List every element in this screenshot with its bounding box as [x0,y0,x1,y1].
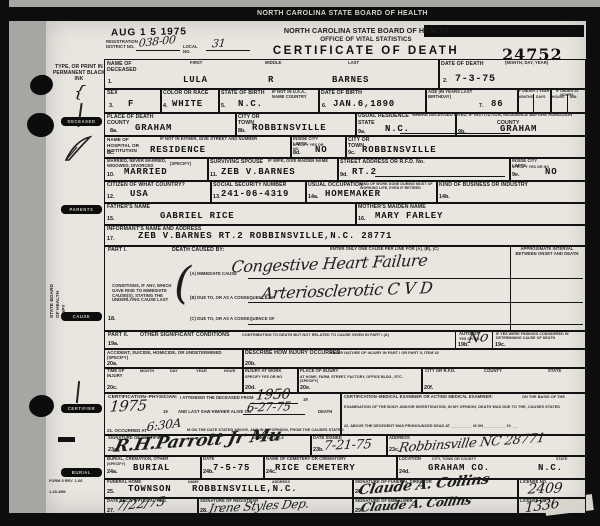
under-1yr-days: DAYS [536,96,545,100]
local-no-value: 31 [211,37,226,50]
item-number: 16. [358,216,366,222]
institution-sub: IF NOT IN EITHER, GIVE STREET AND NUMBER [160,137,280,142]
item-number: 28. [200,508,208,514]
item-number: 8b. [238,128,246,134]
describe-sub: ENTER NATURE OF INJURY IN PART I OR PART… [330,351,439,355]
index-tab-deceased: DECEASED [61,117,102,126]
date-signed-value: 7-21-75 [323,437,372,454]
residence-section-label: USUAL RESIDENCE [358,113,409,119]
col-month: MONTH [140,369,154,373]
occupation-label: USUAL OCCUPATION [308,182,363,188]
dob-label: DATE OF BIRTH [321,90,362,96]
copy-designation: STATE BOARD OF HEALTH COPY [50,240,67,318]
death-certificate-scan: NORTH CAROLINA STATE BOARD OF HEALTH { T… [0,0,600,526]
col-first: FIRST [190,61,202,66]
occupation-value: HOMEMAKER [325,189,381,199]
injury-city-label: CITY OR R.F.D. [425,369,455,374]
injury-county-label: COUNTY [484,369,502,374]
divider [533,94,534,112]
item-number: 17. [107,236,115,242]
item-number: 8a. [110,128,118,134]
under-1yr-months: MONTHS [518,96,533,100]
time-of-injury-label: TIME OF INJURY [107,369,133,379]
item-number: 23b. [313,447,324,453]
dod-value: 7-3-75 [455,74,496,85]
cause-c-label: (c) DUE TO, OR AS A CONSEQUENCE OF [190,317,275,322]
street-label: STREET ADDRESS OR R.F.D. No. [340,159,425,165]
burial-type-sub: (SPECIFY) [107,462,125,466]
spouse-value: ZEB V.BARNES [221,167,295,177]
institution-value: RESIDENCE [150,145,206,155]
spouse-label: SURVIVING SPOUSE [210,159,263,165]
rule [248,324,583,325]
cemetery-label: NAME OF CEMETERY OR CREMATORY [266,457,346,462]
death-word: DEATH [318,410,332,415]
item-number: 4. [163,103,168,109]
mother-value: MARY FARLEY [375,211,443,221]
rule [248,302,583,303]
local-no-label: LOCAL NO. [183,45,205,55]
funeral-home-address-value: ROBBINSVILLE,N.C. [192,484,297,494]
attended-text: I ATTENDED THE DECEASED FROM [180,396,254,401]
item-number: 20c. [107,385,118,391]
yr-19: 19 [303,398,308,403]
item-number: 7. [479,103,484,109]
item-number: 27. [107,508,115,514]
item-number: 9b. [458,129,466,135]
blank: __________ [451,424,472,428]
age-label: AGE (IN YEARS LAST BIRTHDAY) [428,90,476,100]
item-number: 9a. [358,129,366,135]
brace: ( [174,258,191,309]
examiner-cert-title: CERTIFICATION–MEDICAL EXAMINER OR ACTING… [344,395,493,400]
m-on-text: M ON [473,424,483,428]
copy-line: OF HEALTH [56,240,61,318]
item-number: 14b. [439,194,450,200]
occurred-text: 21. OCCURRED AT [107,428,147,433]
item-number: 8d. [293,150,301,156]
copy-line: STATE BOARD [50,240,55,318]
item-number: 14a. [308,194,319,200]
item-number: 5. [221,103,226,109]
item-number: 11. [210,172,217,178]
registration-district-label: REGISTRATION DISTRICT NO. [106,40,140,50]
sex-value: F [128,99,134,109]
document-title: CERTIFICATE OF DEATH [250,45,482,57]
item-number: 6. [322,103,327,109]
street-value: RT.2 [352,167,377,177]
part2-label: PART II. [108,332,128,338]
burial-location-label: LOCATION [399,457,421,462]
mother-label: MOTHER'S MAIDEN NAME [358,204,426,210]
burial-location-city-sub: CITY, TOWN OR COUNTY [432,457,476,461]
citizen-label: CITIZEN OF WHAT COUNTRY? [107,182,185,188]
conditions-note: CONDITIONS, IF ANY, WHICH GAVE RISE TO I… [112,284,172,303]
yr-19: 19 [163,410,168,415]
cemetery-value: RICE CEMETERY [275,463,356,473]
describe-label: DESCRIBE HOW INJURY OCCURRED [245,350,340,356]
dod-label: DATE OF DEATH [441,61,484,67]
father-label: FATHER'S NAME [107,204,150,210]
injury-state-label: STATE [548,369,561,374]
name-label: NAME OF DECEASED [107,61,141,73]
form-print-run: 1-45-45M [49,490,89,494]
sob-sub: IF NOT IN U.S.A., NAME COUNTRY [272,90,314,100]
item-number: 12. [107,194,115,200]
name-last-value: BARNES [332,75,369,85]
interval-column-divider [510,245,511,330]
item-number: 20e. [300,385,311,391]
rule [243,414,305,415]
underline [136,50,180,51]
residence-city-value: ROBBINSVILLE [362,145,436,155]
item-number: 15. [107,216,115,222]
caused-by-label: DEATH CAUSED BY: [172,247,224,253]
sob-label: STATE OF BIRTH [221,90,265,96]
marital-value: MARRIED [124,167,167,177]
scan-left-edge [0,0,9,513]
residence-section-sub: WHERE DECEASED LIVED. IF INSTITUTION, RE… [412,113,582,118]
father-value: GABRIEL RICE [160,211,234,221]
residence-county-value: GRAHAM [500,124,537,134]
examiner-basis-text: ON THE BASIS OF THE [522,395,565,399]
margin-instruction: TYPE, OR PRINT IN PERMANENT BLACK INK [50,64,108,82]
item-number: 20d. [245,385,256,391]
col-last: LAST [348,61,359,66]
divider [492,330,493,348]
part1-label: PART I. [108,247,127,253]
item-number: 24d. [399,469,410,475]
yr-19: 19 [506,424,510,428]
item-number: 19a. [108,341,119,347]
item-number: 20b. [245,361,256,367]
autopsy-value: No [467,329,490,347]
attended-to-value: 1975 [109,396,148,415]
pod-city-value: ROBBINSVILLE [252,123,326,133]
index-tab-burial: BURIAL [61,468,102,477]
informant-value: ZEB V.BARNES RT.2 ROBBINSVILLE,N.C. 2877… [138,231,392,241]
item-number: 13. [213,194,221,200]
blank: ___ [512,424,518,428]
findings-label: IF YES WERE FINDINGS CONSIDERED IN DETER… [496,332,582,340]
item-number: 1. [108,79,113,85]
item-number: 24a. [107,469,118,475]
col-year: YEAR [196,369,207,373]
item-number: 20a. [107,361,118,367]
under-24hr-min: MIN. [570,96,577,100]
copy-line: COPY [62,240,67,318]
residence-state-label: STATE [358,120,375,126]
pod-county-value: GRAHAM [135,123,172,133]
blank: __________ [484,424,505,428]
item-number: 9e. [512,172,520,178]
margin-small-bar [58,437,75,442]
item-number: 2. [443,78,448,84]
race-label: COLOR OR RACE [163,90,208,96]
index-tab-cause: CAUSE [61,312,102,321]
last-saw-text: AND LAST SAW HIM/HER ALIVE ON [178,410,251,415]
name-first-value: LULA [183,75,208,85]
burial-date-label: DATE [203,457,214,462]
col-middle: MIDDLE [265,61,281,66]
place-of-injury-label: PLACE OF INJURY [300,369,338,374]
part2-title: OTHER SIGNIFICANT CONDITIONS [140,332,230,338]
name-middle-value: R [268,75,274,85]
dod-sub: (MONTH, DAY, YEAR) [505,61,548,66]
pronounced-line: 22. ABOVE THE DECEDENT WAS PRONOUNCED DE… [344,424,580,428]
at-work-label: INJURY AT WORK [245,369,285,374]
spouse-sub: IF WIFE, GIVE MAIDEN NAME [268,159,328,164]
index-tab-certifier: CERTIFIER [61,404,102,413]
rule [375,176,505,177]
race-value: WHITE [172,99,203,109]
burial-location-state-sub: STATE [556,457,568,461]
pod-county-label: COUNTY [107,120,130,126]
item-number: 20f. [424,385,433,391]
dob-value: JAN.6,1890 [333,99,395,109]
sex-label: SEX [107,90,118,96]
under-24hr-hours: HOURS [552,96,565,100]
citizen-value: USA [130,189,149,199]
scan-top-strip: NORTH CAROLINA STATE BOARD OF HEALTH [9,7,600,21]
scan-right-edge [586,7,600,513]
item-number: 3. [109,103,114,109]
agency-name: NORTH CAROLINA STATE BOARD OF HEALTH [252,27,480,36]
residence-icl-value: NO [545,167,557,177]
burial-date-value: 7-5-75 [213,463,250,473]
under-1yr-label: IF UNDER 1 YEAR [517,89,550,93]
underlying-certificate-title: NORTH CAROLINA STATE BOARD OF HEALTH [257,10,428,17]
item-number: 9c. [348,150,356,156]
pronounced-text: 22. ABOVE THE DECEDENT WAS PRONOUNCED DE… [344,424,450,428]
examiner-text: EXAMINATION OF THE BODY AND/OR INVESTIGA… [344,405,580,409]
funeral-home-name-value: TOWNSON [128,484,171,494]
office-name: OFFICE OF VITAL STATISTICS [252,36,480,43]
divider [455,330,456,348]
col-day: DAY [170,369,178,373]
business-label: KIND OF BUSINESS OR INDUSTRY [439,182,528,188]
ssn-value: 241-06-4319 [221,189,289,199]
part2-note: CONTRIBUTING TO DEATH BUT NOT RELATED TO… [242,333,389,337]
sob-value: N.C. [238,99,263,109]
interval-header: APPROXIMATE INTERVAL BETWEEN ONSET AND D… [513,247,581,257]
burial-type-value: BURIAL [133,463,170,473]
item-number: 8c. [107,150,115,156]
rule [400,133,510,134]
pod-icl-value: NO [315,145,327,155]
marital-sub: (SPECIFY) [170,162,191,167]
item-number: 25. [107,489,115,495]
ssn-label: SOCIAL SECURITY NUMBER [213,182,287,188]
age-value: 86 [491,99,503,109]
item-number: 19c. [495,342,506,348]
col-hour: HOUR [224,369,235,373]
place-of-injury-sub: AT HOME, FARM, STREET, FACTORY, OFFICE B… [300,375,416,383]
at-work-sub: SPECIFY YES OR NO [245,375,285,379]
form-number: FORM 5 REV. 1-68 [49,479,89,483]
item-number: 9d. [340,172,348,178]
underline [206,50,250,51]
burial-location-state-value: N.C. [538,463,563,473]
index-tab-parents: PARENTS [61,205,102,214]
margin-pen-nib-doodle [63,135,93,163]
item-number: 10. [107,172,115,178]
last-seen-value: 6-27-75 [246,399,291,415]
item-number: 18. [108,316,116,322]
